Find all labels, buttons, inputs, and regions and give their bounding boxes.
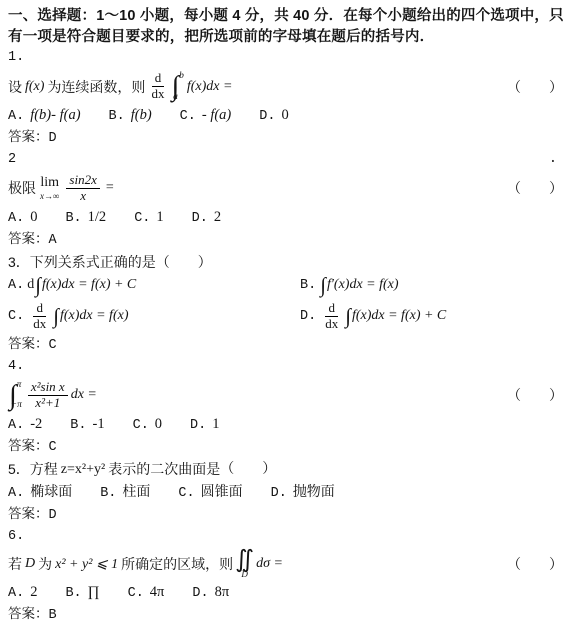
q4-options: A.-2 B.-1 C.0 D.1 (8, 414, 567, 436)
q3-stem: 3．下列关系式正确的是（ ） (8, 252, 567, 272)
q5-stem: 5．方程 z=x²+y² 表示的二次曲面是 （ ） (8, 459, 567, 480)
q3-d-derivative-fraction: d dx (322, 301, 341, 332)
q6-text-1: 若 (8, 554, 22, 574)
q6-text-3: 所确定的区域，则 (121, 554, 233, 574)
q6-option-a: A.2 (8, 582, 37, 604)
q1-text-2: 为连续函数，则 (47, 77, 145, 97)
q5-text-1: 5．方程 (8, 459, 58, 479)
q2-fraction: sin2x x (66, 173, 99, 204)
q1-number: 1. (8, 48, 567, 68)
q5-option-c: C.圆锥面 (178, 481, 242, 504)
q2-answer: 答案：A (8, 230, 567, 251)
q1-stem: 设 f(x) 为连续函数，则 d dx ∫ b a f(x)dx = （ ） (8, 71, 567, 102)
q4-stem: ∫ π −π x²sin x x²+1 dx = （ ） (8, 380, 567, 411)
q1-option-b: B.f(b) (109, 105, 152, 127)
q4-option-b: B.-1 (70, 414, 104, 436)
q3-c-derivative-fraction: d dx (30, 301, 49, 332)
q5-option-a: A.椭球面 (8, 481, 72, 504)
q5-equation: z=x²+y² (61, 459, 105, 480)
q4-number: 4. (8, 357, 567, 377)
q2-option-a: A.0 (8, 207, 37, 229)
q5-text-2: 表示的二次曲面是 (108, 459, 220, 479)
q3-option-c: C. d dx ∫ f(x)dx = f(x) (8, 301, 300, 332)
answer-brackets: （ ） (507, 178, 563, 198)
q5-options: A.椭球面 B.柱面 C.圆锥面 D.抛物面 (8, 481, 567, 504)
q1-integral-limits: b a (179, 71, 184, 102)
q4-option-a: A.-2 (8, 414, 42, 436)
q1-option-d: D.0 (259, 105, 288, 127)
answer-brackets: （ ） (507, 554, 563, 574)
q6-answer: 答案：B (8, 605, 567, 626)
q1-options: A.f(b)- f(a) B.f(b) C.- f(a) D.0 (8, 105, 567, 127)
section-header: 一、选择题：1～10 小题，每小题 4 分，共 40 分．在每个小题给出的四个选… (8, 6, 567, 48)
exam-document: 一、选择题：1～10 小题，每小题 4 分，共 40 分．在每个小题给出的四个选… (0, 0, 579, 627)
q1-integrand: f(x)dx = (187, 79, 233, 95)
integral-sign: ∫ (320, 275, 326, 296)
q4-option-d: D.1 (190, 414, 219, 436)
q2-option-c: C.1 (134, 207, 163, 229)
q3-option-b: B. ∫ f′(x)dx = f(x) (300, 275, 567, 296)
q3-option-d: D. d dx ∫ f(x)dx = f(x) + C (300, 301, 567, 332)
q1-option-a: A.f(b)- f(a) (8, 105, 81, 127)
q2-number-line: 2 . (8, 150, 567, 170)
q6-options: A.2 B.∏ C.4π D.8π (8, 582, 567, 604)
q1-option-c: C.- f(a) (180, 105, 232, 127)
q6-integrand: dσ = (256, 556, 283, 572)
q6-number: 6. (8, 527, 567, 547)
q6-text-2: 为 (38, 554, 52, 574)
q3-option-a: A. d ∫ f(x)dx = f(x) + C (8, 275, 300, 296)
q3-options: A. d ∫ f(x)dx = f(x) + C B. ∫ f′(x)dx = … (8, 275, 567, 332)
integral-sign: ∫ (53, 306, 59, 327)
q2-limit: lim x→∞ (40, 176, 59, 201)
q2-stem: 极限 lim x→∞ sin2x x = （ ） (8, 173, 567, 204)
q6-option-b: B.∏ (65, 582, 99, 604)
integral-sign: ∫ (35, 275, 41, 296)
q5-option-d: D.抛物面 (271, 481, 335, 504)
q2-stray-dot: . (549, 150, 557, 170)
q2-option-b: B.1/2 (65, 207, 106, 229)
q2-number: 2 (8, 150, 16, 170)
q1-answer: 答案：D (8, 128, 567, 149)
integral-sign: ∫ (345, 306, 351, 327)
q4-answer: 答案：C (8, 437, 567, 458)
q6-region-symbol: D (25, 556, 35, 572)
q6-option-d: D.8π (192, 582, 229, 604)
answer-brackets: （ ） (507, 385, 563, 405)
q6-option-c: C.4π (128, 582, 165, 604)
q2-options: A.0 B.1/2 C.1 D.2 (8, 207, 567, 229)
q4-integral-limits: π −π (17, 380, 22, 411)
double-integral-sign: ∬ D (235, 550, 254, 579)
q1-text-1: 设 (8, 77, 22, 97)
q1-derivative-fraction: d dx (148, 71, 167, 102)
q4-option-c: C.0 (133, 414, 162, 436)
answer-brackets: （ ） (507, 77, 563, 97)
q5-option-b: B.柱面 (100, 481, 150, 504)
q5-answer: 答案：D (8, 505, 567, 526)
q6-stem: 若 D 为 x² + y² ⩽ 1 所确定的区域，则 ∬ D dσ = （ ） (8, 550, 567, 579)
q4-fraction: x²sin x x²+1 (28, 380, 68, 411)
q1-fx: f(x) (25, 79, 44, 95)
q2-equals: = (106, 180, 114, 196)
q4-dx-equals: dx = (71, 387, 97, 403)
answer-brackets: （ ） (220, 459, 276, 480)
q2-text-1: 极限 (8, 178, 36, 198)
q2-option-d: D.2 (192, 207, 221, 229)
q3-answer: 答案：C (8, 335, 567, 356)
q6-inequality: x² + y² ⩽ 1 (55, 556, 118, 573)
q3-a-d: d (27, 277, 34, 293)
